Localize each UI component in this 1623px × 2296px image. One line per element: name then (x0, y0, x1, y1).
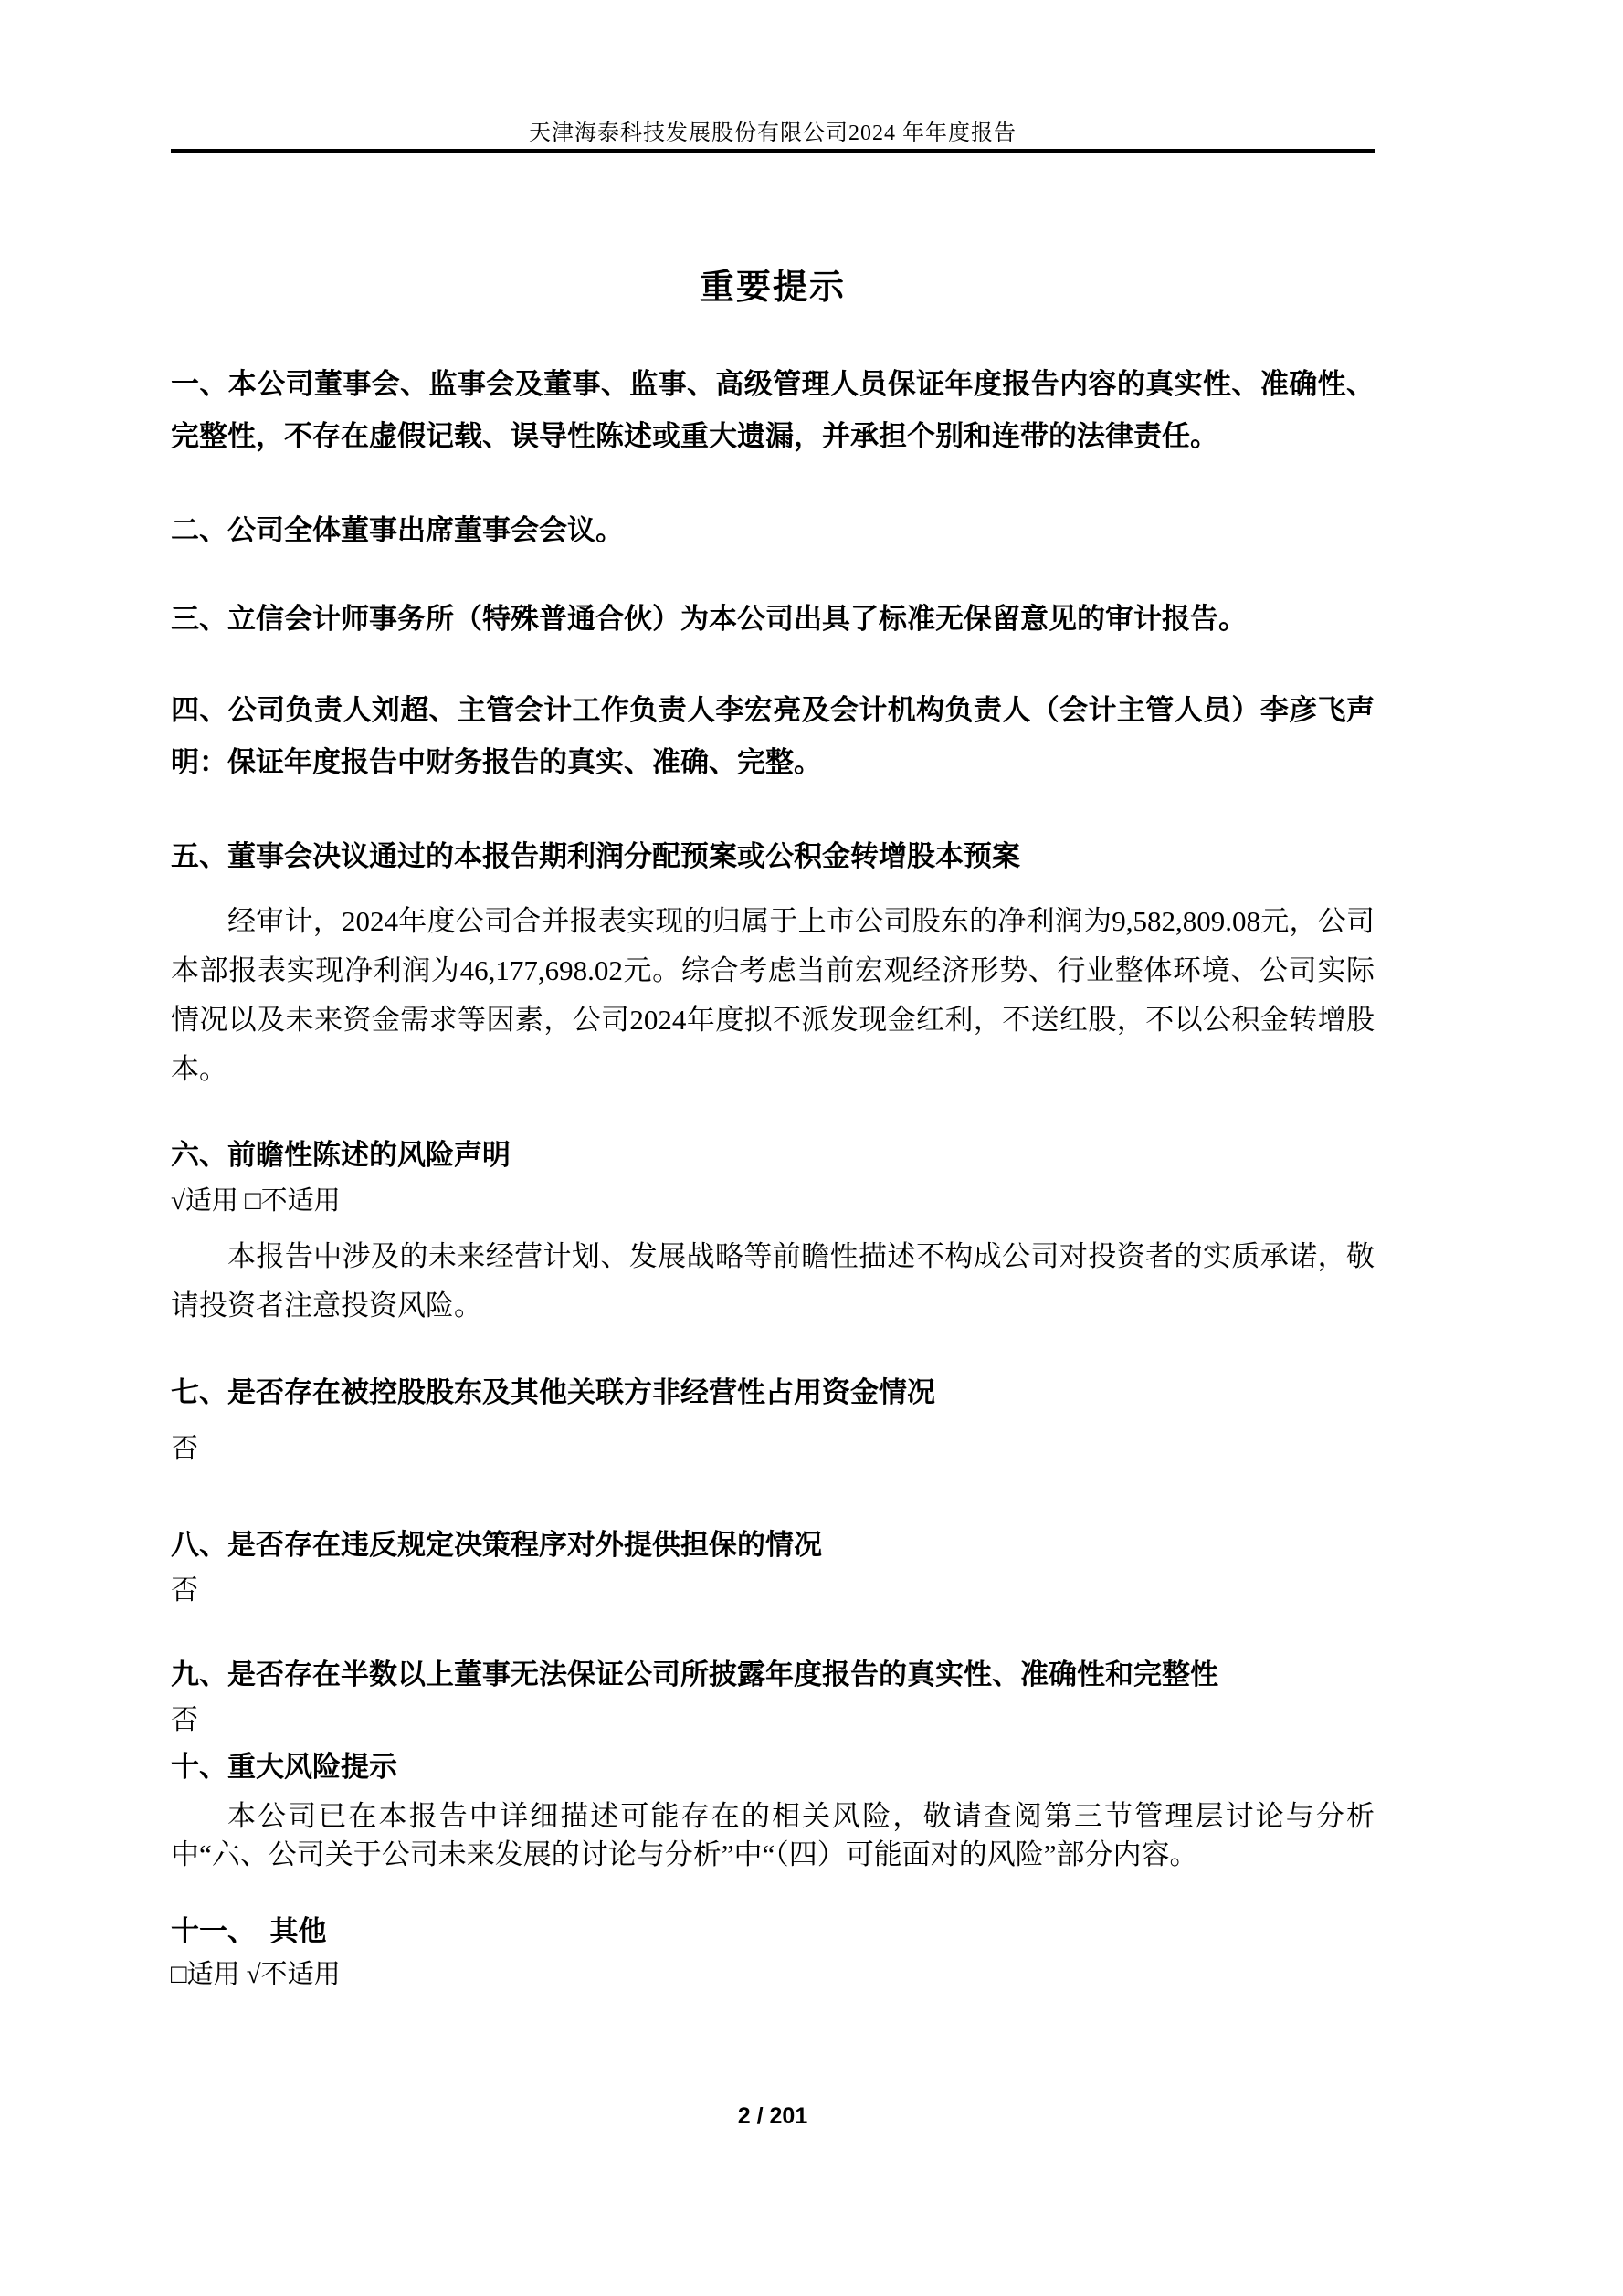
section-2-heading: 二、公司全体董事出席董事会会议。 (171, 504, 1375, 556)
report-header: 天津海泰科技发展股份有限公司2024 年年度报告 (171, 121, 1375, 146)
section-6-heading: 六、前瞻性陈述的风险声明 (171, 1129, 1375, 1181)
section-5-heading: 五、董事会决议通过的本报告期利润分配预案或公积金转增股本预案 (171, 830, 1375, 882)
section-11-applicability: □适用 √不适用 (171, 1959, 1375, 1990)
section-6-applicability: √适用 □不适用 (171, 1185, 1375, 1216)
section-8-answer: 否 (171, 1575, 1375, 1606)
section-1-heading: 一、本公司董事会、监事会及董事、监事、高级管理人员保证年度报告内容的真实性、准确… (171, 358, 1375, 462)
page-title: 重要提示 (171, 269, 1375, 306)
header-rule (171, 149, 1375, 153)
section-10-paragraph: 本公司已在本报告中详细描述可能存在的相关风险，敬请查阅第三节管理层讨论与分析中“… (171, 1797, 1375, 1874)
section-4-heading: 四、公司负责人刘超、主管会计工作负责人李宏亮及会计机构负责人（会计主管人员）李彦… (171, 684, 1375, 788)
section-9-answer: 否 (171, 1705, 1375, 1736)
section-6-paragraph: 本报告中涉及的未来经营计划、发展战略等前瞻性描述不构成公司对投资者的实质承诺，敬… (171, 1232, 1375, 1331)
section-9-heading: 九、是否存在半数以上董事无法保证公司所披露年度报告的真实性、准确性和完整性 (171, 1648, 1375, 1701)
section-8-heading: 八、是否存在违反规定决策程序对外提供担保的情况 (171, 1519, 1375, 1571)
report-page: 天津海泰科技发展股份有限公司2024 年年度报告 重要提示 一、本公司董事会、监… (0, 0, 1623, 2296)
section-5-paragraph: 经审计，2024年度公司合并报表实现的归属于上市公司股东的净利润为9,582,8… (171, 897, 1375, 1094)
section-7-answer: 否 (171, 1434, 1375, 1465)
section-3-heading: 三、立信会计师事务所（特殊普通合伙）为本公司出具了标准无保留意见的审计报告。 (171, 593, 1375, 645)
section-11-heading: 十一、 其他 (171, 1905, 1375, 1957)
page-number: 2 / 201 (171, 2103, 1375, 2129)
section-7-heading: 七、是否存在被控股股东及其他关联方非经营性占用资金情况 (171, 1366, 1375, 1418)
section-10-heading: 十、重大风险提示 (171, 1741, 1375, 1793)
